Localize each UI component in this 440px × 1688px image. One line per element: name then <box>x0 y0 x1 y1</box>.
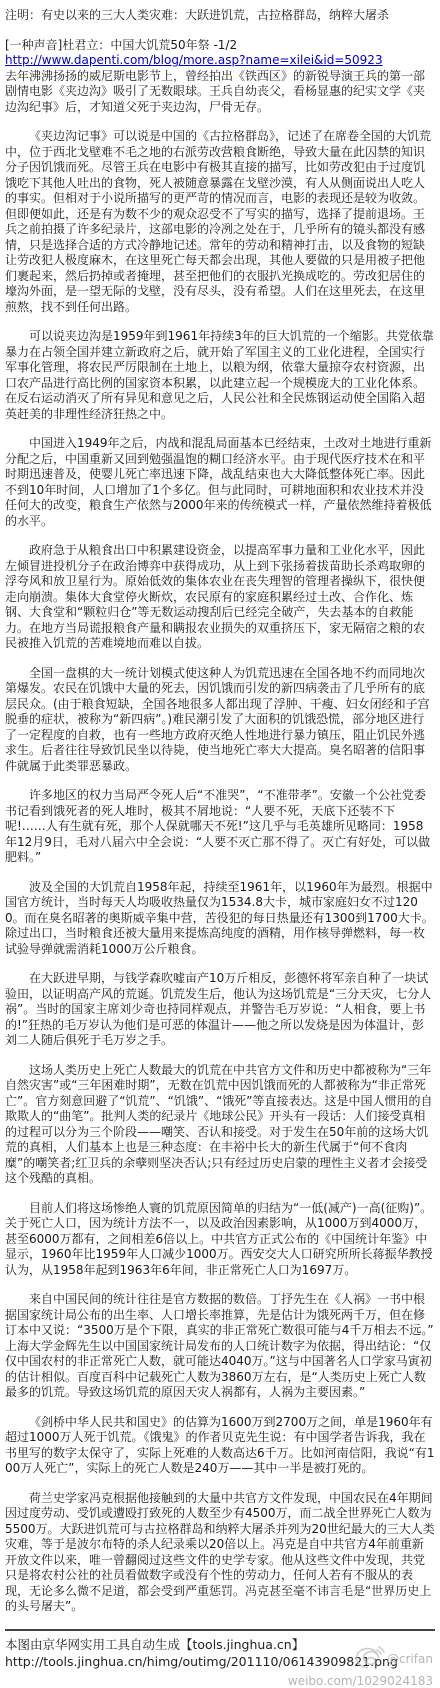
body-paragraph: 《剑桥中华人民共和国史》的估算为1600万到2700万之间，单是1960年有超过… <box>5 1415 435 1477</box>
intro-paragraph: 去年沸沸扬扬的威尼斯电影节上，曾经拍出《铁西区》的新锐导演王兵的第一部剧情电影《… <box>5 69 435 116</box>
long-image-document: 注明：有史以来的三大人类灾难：大跃进饥荒，古拉格群岛，纳粹大屠杀 [一种声音]杜… <box>0 0 440 1674</box>
body-paragraph: 荷兰史学家冯克根据他接触到的大量中共官方文件发现，中国农民在4年期间因过度劳动、… <box>5 1491 435 1615</box>
article-title: [一种声音]杜君立：中国大饥荒50年祭 -1/2 <box>5 38 435 54</box>
note-line: 注明：有史以来的三大人类灾难：大跃进饥荒，古拉格群岛，纳粹大屠杀 <box>5 8 435 24</box>
body-paragraph: 在大跃进早期，与钱学森吹嘘亩产10万斤相反，彭德怀将军亲自种了一块试验田，以证明… <box>5 971 435 1049</box>
watermark-weibo-url: weibo.com/1029024183 <box>288 1674 433 1688</box>
body-paragraph: 这场人类历史上死亡人数最大的饥荒在中共官方文件和历史中都被称为“三年自然灾害”或… <box>5 1063 435 1187</box>
body-paragraph: 目前人们将这场惨绝人寰的饥荒原因简单的归结为“一低(减产)一高(征购)”。关于死… <box>5 1201 435 1279</box>
body-paragraph: 《夹边沟记事》可以说是中国的《古拉格群岛》，记述了在席卷全国的大饥荒中，位于西北… <box>5 129 435 315</box>
footer-generator-line: 本图由京华网实用工具自动生成【tools.jinghua.cn】 <box>5 1636 435 1653</box>
footer-image-url: http://tools.jinghua.cn/himg/outimg/2011… <box>5 1653 435 1670</box>
body-paragraph: 中国进入1949年之后，内战和混乱局面基本已经结束，土改对土地进行重新分配之后，… <box>5 436 435 529</box>
body-paragraph: 许多地区的权力当局严令死人后“不准哭”，“不准带孝”。安徽一个公社党委书记看到饿… <box>5 788 435 866</box>
article-link-line: http://www.dapenti.com/blog/more.asp?nam… <box>5 53 435 69</box>
body-paragraph: 全国一盘棋的大一统计划模式使这种人为饥荒迅速在全国各地不约而同地次第爆发。农民在… <box>5 666 435 775</box>
body-paragraph: 来自中国民间的统计往往是官方数据的数倍。丁抒先生在《人祸》一书中根据国家统计局公… <box>5 1292 435 1401</box>
body-paragraph: 波及全国的大饥荒自1958年起，持续至1961年，以1960年为最烈。根据中国官… <box>5 880 435 958</box>
body-paragraph: 政府急于从粮食出口中积累建设资金，以提高军事力量和工业化水平，因此左倾冒进投机分… <box>5 543 435 652</box>
generator-footer: 本图由京华网实用工具自动生成【tools.jinghua.cn】 http://… <box>5 1629 435 1670</box>
body-paragraph: 可以说夹边沟是1959年到1961年持续3年的巨大饥荒的一个缩影。共党依靠暴力在… <box>5 329 435 422</box>
article-body: 注明：有史以来的三大人类灾难：大跃进饥荒，古拉格群岛，纳粹大屠杀 [一种声音]杜… <box>5 8 435 1615</box>
article-link[interactable]: http://www.dapenti.com/blog/more.asp?nam… <box>5 53 383 67</box>
